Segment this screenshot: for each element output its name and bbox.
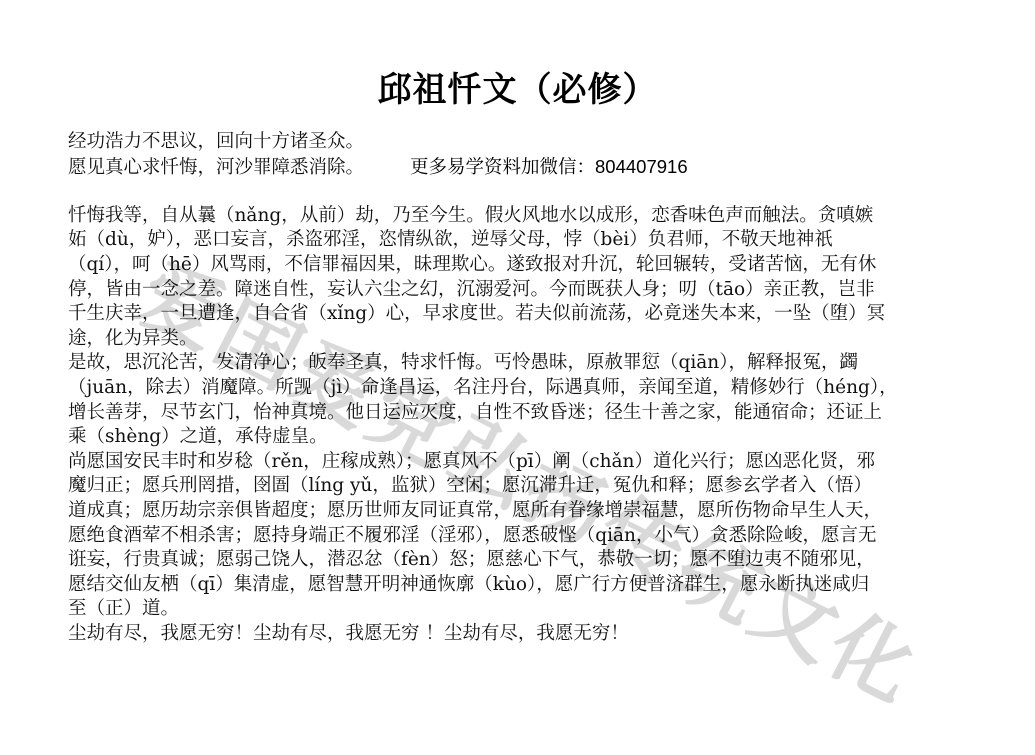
page-title: 邱祖忏文（必修） [0, 62, 1035, 111]
text-line: （juān，除去）消魔障。所觊（jì）命逢昌运，名注丹台，际遇真师，亲闻至道，精… [68, 376, 968, 401]
spacer [68, 179, 968, 204]
text-line: 千生庆幸，一旦遭逢，自合省（xǐng）心，早求度世。若夫似前流荡，必竟迷失本来，… [68, 302, 968, 327]
contact-info: 更多易学资料加微信：804407916 [410, 156, 688, 177]
text-line: （qí），呵（hē）风骂雨，不信罪福因果，昧理欺心。遂致报对升沉，轮回辗转，受诸… [68, 253, 968, 278]
paragraph-vows: 尚愿国安民丰时和岁稔（rěn，庄稼成熟）；愿真风不（pī）阐（chǎn）道化兴行… [68, 450, 968, 622]
text-line: 道成真；愿历劫宗亲俱皆超度；愿历世师友同证真常，愿所有眷缘增崇福慧，愿所伤物命早… [68, 499, 968, 524]
text-line: 诳妄，行贵真诚；愿弱己饶人，潜忍忿（fèn）怒；愿慈心下气，恭敬一切；愿不堕边夷… [68, 548, 968, 573]
text-line: 途，化为异类。 [68, 327, 968, 352]
text-line: 愿结交仙友栖（qī）集清虚，愿智慧开明神通恢廓（kùo），愿广行方便普济群生，愿… [68, 573, 968, 598]
text-line: 乘（shèng）之道，承侍虚皇。 [68, 425, 968, 450]
text-line: 至（正）道。 [68, 597, 968, 622]
intro-text: 经功浩力不思议，回向十方诸圣众。 [68, 131, 364, 152]
text-line: 尚愿国安民丰时和岁稔（rěn，庄稼成熟）；愿真风不（pī）阐（chǎn）道化兴行… [68, 450, 968, 475]
intro-text: 愿见真心求忏悔，河沙罪障悉消除。 [68, 157, 364, 178]
intro-line-1: 经功浩力不思议，回向十方诸圣众。 [68, 130, 968, 155]
text-line: 停，皆由一念之差。障迷自性，妄认六尘之幻，沉溺爱河。今而既获人身；叨（tāo）亲… [68, 278, 968, 303]
paragraph-repentance: 是故，思沉沦苦，发清净心；皈奉圣真，特求忏悔。丐怜愚昧，原赦罪愆（qiān），解… [68, 351, 968, 449]
document-body: 经功浩力不思议，回向十方诸圣众。 愿见真心求忏悔，河沙罪障悉消除。更多易学资料加… [68, 130, 968, 646]
document-page: 爱国爱党弘扬传统文化 邱祖忏文（必修） 经功浩力不思议，回向十方诸圣众。 愿见真… [0, 0, 1035, 755]
text-line: 是故，思沉沦苦，发清净心；皈奉圣真，特求忏悔。丐怜愚昧，原赦罪愆（qiān），解… [68, 351, 968, 376]
text-line: 忏悔我等，自从曩（nǎng，从前）劫，乃至今生。假火风地水以成形，恋香味色声而触… [68, 204, 968, 229]
text-line: 魔归正；愿兵刑罔措，囹圄（líng yǔ，监狱）空闲；愿沉滞升迁，冤仇和释；愿参… [68, 474, 968, 499]
text-line: 增长善芽，尽节玄门，怡神真境。他日运应灭度，自性不致昏迷；径生十善之家，能通宿命… [68, 401, 968, 426]
intro-line-2: 愿见真心求忏悔，河沙罪障悉消除。更多易学资料加微信：804407916 [68, 155, 968, 180]
paragraph-closing: 尘劫有尽，我愿无穷！尘劫有尽，我愿无穷 ！尘劫有尽，我愿无穷！ [68, 622, 968, 647]
text-line: 尘劫有尽，我愿无穷！尘劫有尽，我愿无穷 ！尘劫有尽，我愿无穷！ [68, 622, 968, 647]
text-line: 愿绝食酒荤不相杀害；愿持身端正不履邪淫（淫邪），愿悉破悭（qiān，小气）贪悉除… [68, 524, 968, 549]
paragraph-confession: 忏悔我等，自从曩（nǎng，从前）劫，乃至今生。假火风地水以成形，恋香味色声而触… [68, 204, 968, 352]
text-line: 妬（dù，妒），恶口妄言，杀盗邪淫，恣情纵欲，逆辱父母，悖（bèi）负君师，不敬… [68, 228, 968, 253]
